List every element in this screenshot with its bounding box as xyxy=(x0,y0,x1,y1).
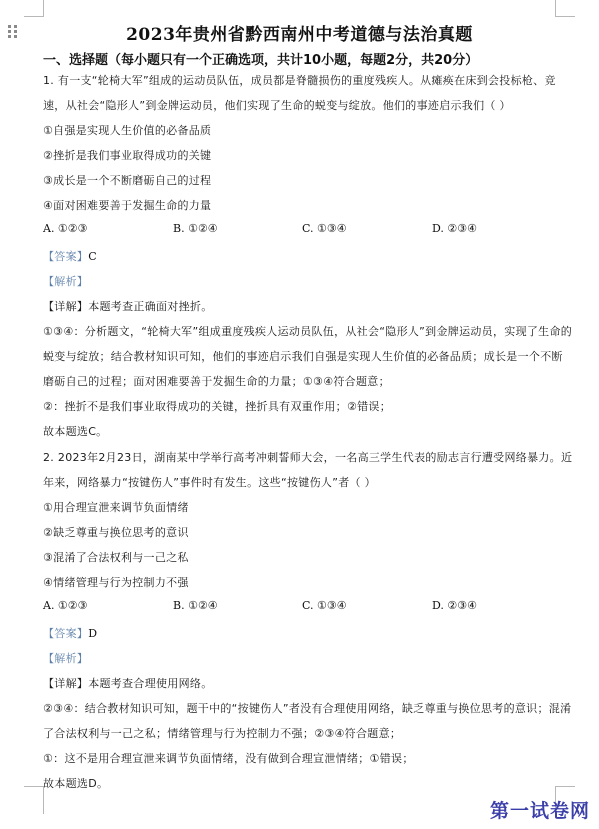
detail-line: ②③④：结合教材知识可知，题干中的“按键伤人”者没有合理使用网络，缺乏尊重与换位… xyxy=(43,700,571,716)
answer-label: 【答案】 xyxy=(43,627,88,640)
detail-line: ①：这不是用合理宣泄来调节负面情绪，没有做到合理宣泄情绪；①错误； xyxy=(43,750,414,766)
statement: ①用合理宣泄来调节负面情绪 xyxy=(43,499,189,515)
detail-line: ②：挫折不是我们事业取得成功的关键，挫折具有双重作用；②错误； xyxy=(43,398,391,414)
option-d: D. ②③④ xyxy=(432,222,477,235)
option-d: D. ②③④ xyxy=(432,599,477,612)
detail-line: 蜕变与绽放；结合教材知识可知，他们的事迹启示我们自强是实现人生价值的必备品质；成… xyxy=(43,348,563,364)
option-c: C. ①③④ xyxy=(302,599,347,612)
options-row: A. ①②③ B. ①②④ C. ①③④ D. ②③④ xyxy=(43,599,563,613)
question-stem-line: 2. 2023年2月23日，湖南某中学举行高考冲刺誓师大会，一名高三学生代表的励… xyxy=(43,449,572,465)
option-b: B. ①②④ xyxy=(173,222,218,235)
answer-line: 【答案】D xyxy=(43,625,97,641)
detail-line: 了合法权利与一己之私；情绪管理与行为控制力不强；②③④符合题意； xyxy=(43,725,401,741)
analysis-label: 【解析】 xyxy=(43,273,88,289)
option-b: B. ①②④ xyxy=(173,599,218,612)
statement: ④面对困难要善于发掘生命的力量 xyxy=(43,197,211,213)
detail-line: ①③④：分析题文，“轮椅大军”组成重度残疾人运动员队伍，从社会“隐形人”到金牌运… xyxy=(43,323,572,339)
answer-value: D xyxy=(88,627,97,640)
statement: ③成长是一个不断磨砺自己的过程 xyxy=(43,172,211,188)
detail-line: 故本题选D。 xyxy=(43,775,108,791)
detail-line: 故本题选C。 xyxy=(43,423,107,439)
page-corner-top-left xyxy=(24,0,44,17)
page-corner-top-right xyxy=(555,0,575,17)
detail-line: 【详解】本题考查正确面对挫折。 xyxy=(43,298,213,314)
question-stem-line: 年来，网络暴力“按键伤人”事件时有发生。这些“按键伤人”者（ ） xyxy=(43,474,376,490)
answer-value: C xyxy=(88,250,97,263)
statement: ②缺乏尊重与换位思考的意识 xyxy=(43,524,189,540)
answer-line: 【答案】C xyxy=(43,248,97,264)
watermark-logo: 第一试卷网 xyxy=(490,796,590,823)
option-a: A. ①②③ xyxy=(43,599,88,612)
option-c: C. ①③④ xyxy=(302,222,347,235)
option-a: A. ①②③ xyxy=(43,222,88,235)
analysis-label: 【解析】 xyxy=(43,650,88,666)
statement: ②挫折是我们事业取得成功的关键 xyxy=(43,147,211,163)
section-heading: 一、选择题（每小题只有一个正确选项，共计10小题，每题2分，共20分） xyxy=(43,49,478,68)
statement: ③混淆了合法权利与一己之私 xyxy=(43,549,189,565)
detail-line: 【详解】本题考查合理使用网络。 xyxy=(43,675,213,691)
statement: ①自强是实现人生价值的必备品质 xyxy=(43,122,211,138)
statement: ④情绪管理与行为控制力不强 xyxy=(43,574,189,590)
question-stem-line: 1. 有一支“轮椅大军”组成的运动员队伍，成员都是脊髓损伤的重度残疾人。从瘫痪在… xyxy=(43,72,556,88)
page-corner-bottom-left xyxy=(24,786,44,814)
document-title: 2023年贵州省黔西南州中考道德与法治真题 xyxy=(0,20,599,45)
answer-label: 【答案】 xyxy=(43,250,88,263)
options-row: A. ①②③ B. ①②④ C. ①③④ D. ②③④ xyxy=(43,222,563,236)
question-stem-line: 速，从社会“隐形人”到金牌运动员，他们实现了生命的蜕变与绽放。他们的事迹启示我们… xyxy=(43,97,511,113)
detail-line: 磨砺自己的过程；面对困难要善于发掘生命的力量；①③④符合题意； xyxy=(43,373,390,389)
